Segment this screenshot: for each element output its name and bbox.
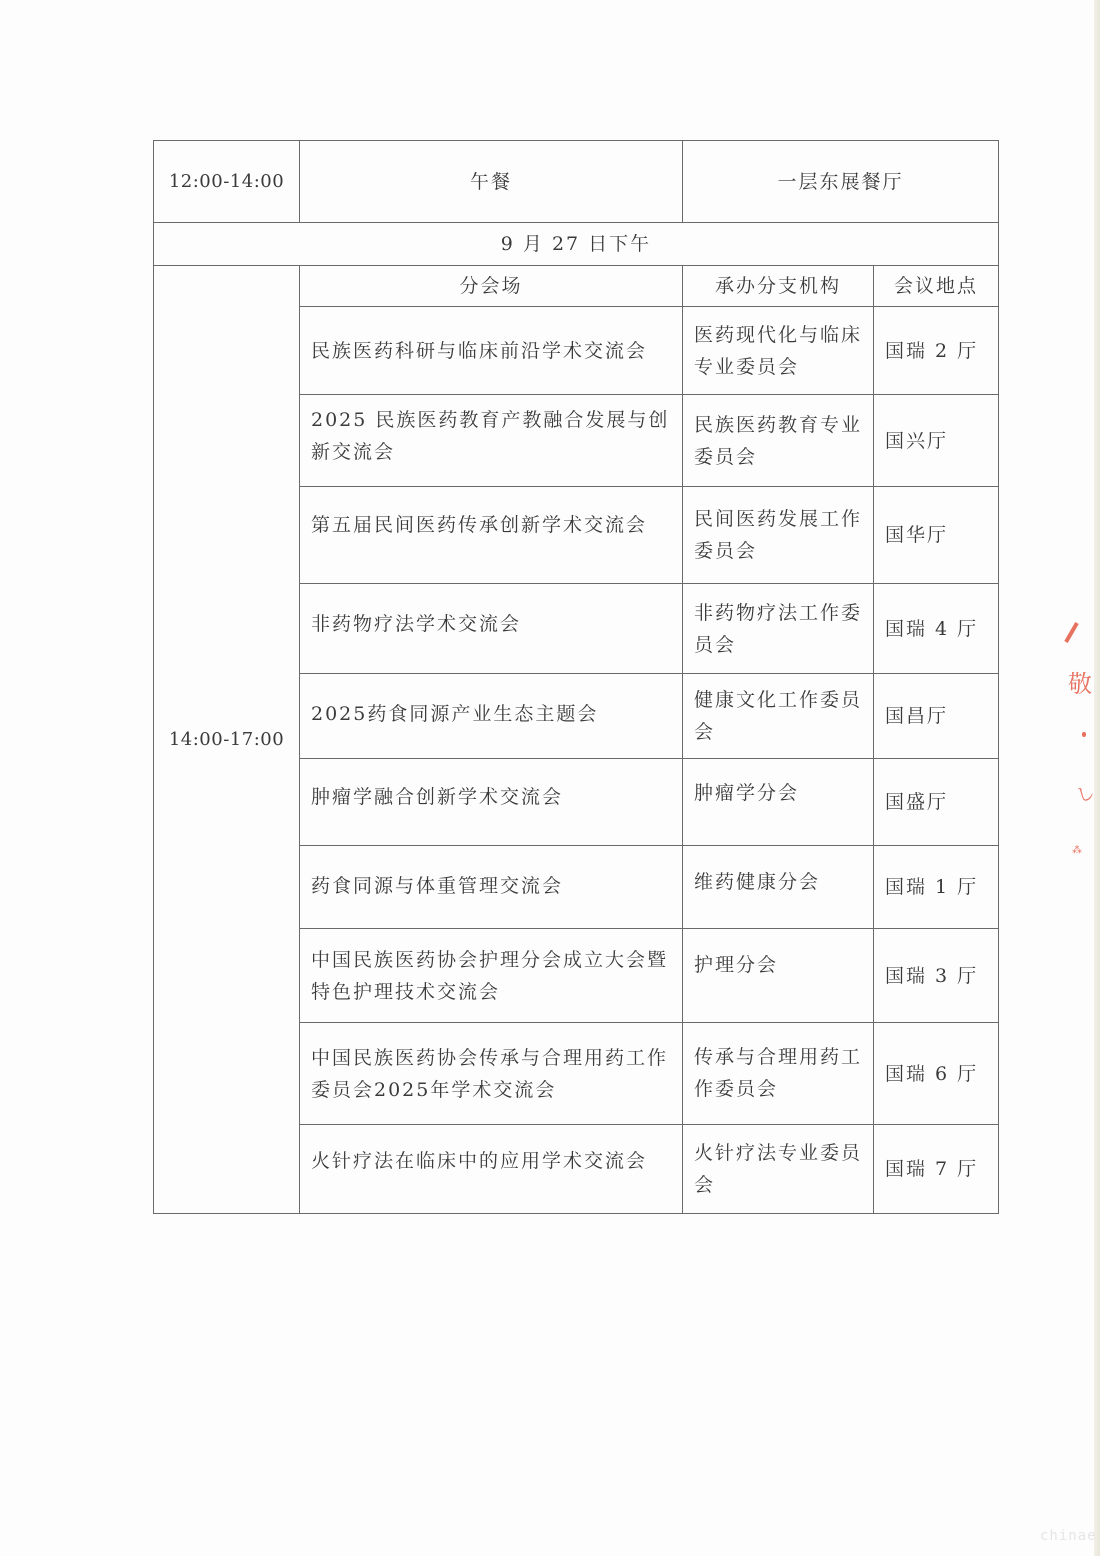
table-row-7-venue: 国瑞 1 厅	[873, 845, 999, 928]
table-row-2-session: 2025 民族医药教育产教融合发展与创新交流会	[299, 394, 682, 486]
seal-char-fragment-3: ⁂	[1072, 845, 1082, 856]
table-row-4-organizer: 非药物疗法工作委员会	[682, 583, 873, 673]
table-row-5-venue: 国昌厅	[873, 673, 999, 758]
table-row-4-session: 非药物疗法学术交流会	[299, 583, 682, 673]
column-header-venue: 会议地点	[873, 265, 999, 306]
table-row-9-venue: 国瑞 6 厅	[873, 1022, 999, 1124]
table-row-10-organizer: 火针疗法专业委员会	[682, 1124, 873, 1214]
table-row-2-venue: 国兴厅	[873, 394, 999, 486]
table-row-7-session: 药食同源与体重管理交流会	[299, 845, 682, 928]
table-row-9-organizer: 传承与合理用药工作委员会	[682, 1022, 873, 1124]
table-row-1-organizer: 医药现代化与临床专业委员会	[682, 306, 873, 394]
table-row-9-session: 中国民族医药协会传承与合理用药工作委员会2025年学术交流会	[299, 1022, 682, 1124]
watermark: chinae	[1040, 1528, 1097, 1544]
table-row-2-organizer: 民族医药教育专业委员会	[682, 394, 873, 486]
table-row-1-venue: 国瑞 2 厅	[873, 306, 999, 394]
seal-char-fragment: 敬	[1068, 664, 1092, 699]
table-row-6-venue: 国盛厅	[873, 758, 999, 845]
column-header-organizer: 承办分支机构	[682, 265, 873, 306]
table-row-7-organizer: 维药健康分会	[682, 845, 873, 928]
table-row-5-session: 2025药食同源产业生态主题会	[299, 673, 682, 758]
table-row-8-organizer: 护理分会	[682, 928, 873, 1022]
afternoon-time-cell: 14:00-17:00	[153, 265, 299, 1214]
table-row-5-organizer: 健康文化工作委员会	[682, 673, 873, 758]
table-row-6-session: 肿瘤学融合创新学术交流会	[299, 758, 682, 845]
seal-char-fragment-2: し	[1072, 778, 1098, 809]
table-row-3-venue: 国华厅	[873, 486, 999, 583]
seal-dot	[1082, 732, 1086, 737]
table-row-3-session: 第五届民间医药传承创新学术交流会	[299, 486, 682, 583]
lunch-time-cell: 12:00-14:00	[153, 140, 299, 222]
table-row-8-session: 中国民族医药协会护理分会成立大会暨特色护理技术交流会	[299, 928, 682, 1022]
table-row-3-organizer: 民间医药发展工作委员会	[682, 486, 873, 583]
seal-arc-stroke	[1064, 622, 1078, 643]
afternoon-section-header: 9 月 27 日下午	[153, 222, 999, 265]
column-header-session: 分会场	[299, 265, 682, 306]
official-seal-fragment: 敬 し ⁂	[1062, 640, 1100, 870]
table-row-8-venue: 国瑞 3 厅	[873, 928, 999, 1022]
table-row-4-venue: 国瑞 4 厅	[873, 583, 999, 673]
table-row-1-session: 民族医药科研与临床前沿学术交流会	[299, 306, 682, 394]
table-row-10-session: 火针疗法在临床中的应用学术交流会	[299, 1124, 682, 1214]
table-row-10-venue: 国瑞 7 厅	[873, 1124, 999, 1214]
table-row-6-organizer: 肿瘤学分会	[682, 758, 873, 845]
lunch-location-cell: 一层东展餐厅	[682, 140, 999, 222]
lunch-activity-cell: 午餐	[299, 140, 682, 222]
